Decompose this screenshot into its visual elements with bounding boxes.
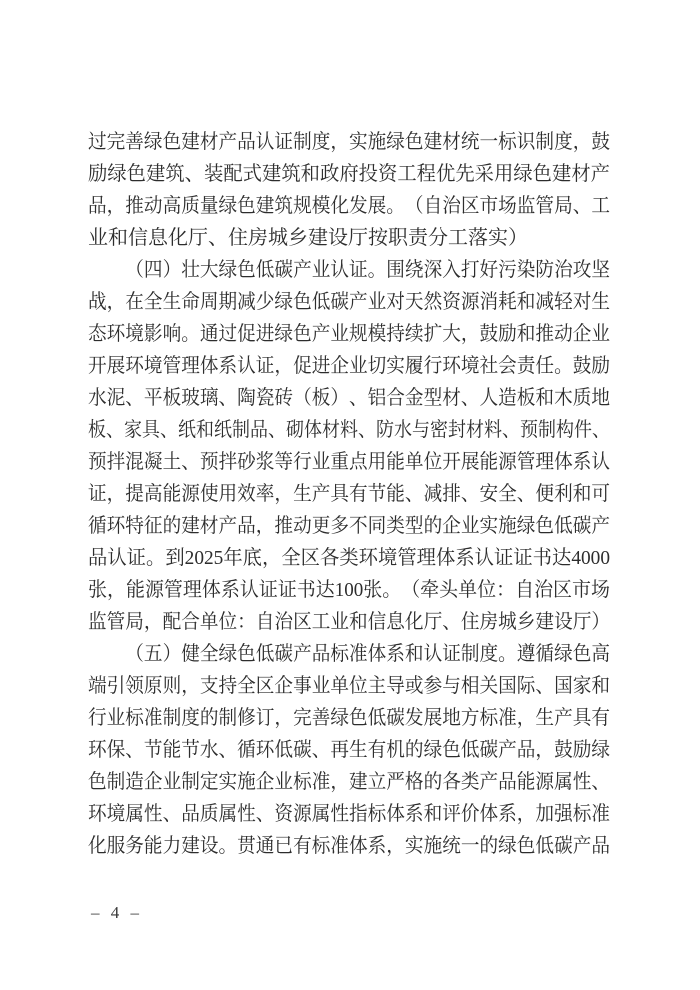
text-line: 板、家具、纸和纸制品、砌体材料、防水与密封材料、预制构件、 — [88, 414, 558, 446]
text-line: 环保、节能节水、循环低碳、再生有机的绿色低碳产品，鼓励绿 — [88, 734, 575, 766]
text-line: 色制造企业制定实施企业标准，建立严格的各类产品能源属性、 — [88, 766, 575, 798]
paragraph: （五）健全绿色低碳产品标准体系和认证制度。遵循绿色高端引领原则，支持全区企事业单… — [88, 638, 610, 862]
text-line: 证，提高能源使用效率，生产具有节能、减排、安全、便利和可 — [88, 478, 575, 510]
text-line: 水泥、平板玻璃、陶瓷砖（板）、铝合金型材、人造板和木质地 — [88, 382, 575, 414]
text-line: 战，在全生命周期减少绿色低碳产业对天然资源消耗和减轻对生 — [88, 286, 575, 318]
text-line: 开展环境管理体系认证，促进企业切实履行环境社会责任。鼓励 — [88, 350, 575, 382]
text-line: 励绿色建筑、装配式建筑和政府投资工程优先采用绿色建材产 — [88, 158, 593, 190]
text-line: 监管局，配合单位：自治区工业和信息化厅、住房城乡建设厅） — [88, 606, 575, 638]
text-line: 张，能源管理体系认证证书达100张。（牵头单位：自治区市场 — [88, 574, 583, 606]
text-line: 预拌混凝土、预拌砂浆等行业重点用能单位开展能源管理体系认 — [88, 446, 575, 478]
paragraph: （四）壮大绿色低碳产业认证。围绕深入打好污染防治攻坚战，在全生命周期减少绿色低碳… — [88, 254, 610, 638]
text-line: 品认证。到2025年底，全区各类环境管理体系认证证书达4000 — [88, 542, 593, 574]
document-body: 过完善绿色建材产品认证制度，实施绿色建材统一标识制度，鼓励绿色建筑、装配式建筑和… — [88, 126, 610, 862]
document-page: 过完善绿色建材产品认证制度，实施绿色建材统一标识制度，鼓励绿色建筑、装配式建筑和… — [0, 0, 700, 990]
text-line: 品，推动高质量绿色建筑规模化发展。（自治区市场监管局、工 — [88, 190, 575, 222]
text-line: 过完善绿色建材产品认证制度，实施绿色建材统一标识制度，鼓 — [88, 126, 575, 158]
text-line: （五）健全绿色低碳产品标准体系和认证制度。遵循绿色高 — [88, 638, 575, 670]
text-line: 循环特征的建材产品，推动更多不同类型的企业实施绿色低碳产 — [88, 510, 575, 542]
text-line: 业和信息化厅、住房城乡建设厅按职责分工落实） — [88, 222, 610, 254]
text-line: 环境属性、品质属性、资源属性指标体系和评价体系，加强标准 — [88, 798, 575, 830]
text-line: 态环境影响。通过促进绿色产业规模持续扩大，鼓励和推动企业 — [88, 318, 575, 350]
text-line: 化服务能力建设。贯通已有标准体系，实施统一的绿色低碳产品 — [88, 830, 575, 862]
paragraph: 过完善绿色建材产品认证制度，实施绿色建材统一标识制度，鼓励绿色建筑、装配式建筑和… — [88, 126, 610, 254]
text-line: 行业标准制度的制修订，完善绿色低碳发展地方标准，生产具有 — [88, 702, 575, 734]
text-line: 端引领原则，支持全区企事业单位主导或参与相关国际、国家和 — [88, 670, 575, 702]
page-number: – 4 – — [91, 903, 141, 923]
text-line: （四）壮大绿色低碳产业认证。围绕深入打好污染防治攻坚 — [88, 254, 575, 286]
